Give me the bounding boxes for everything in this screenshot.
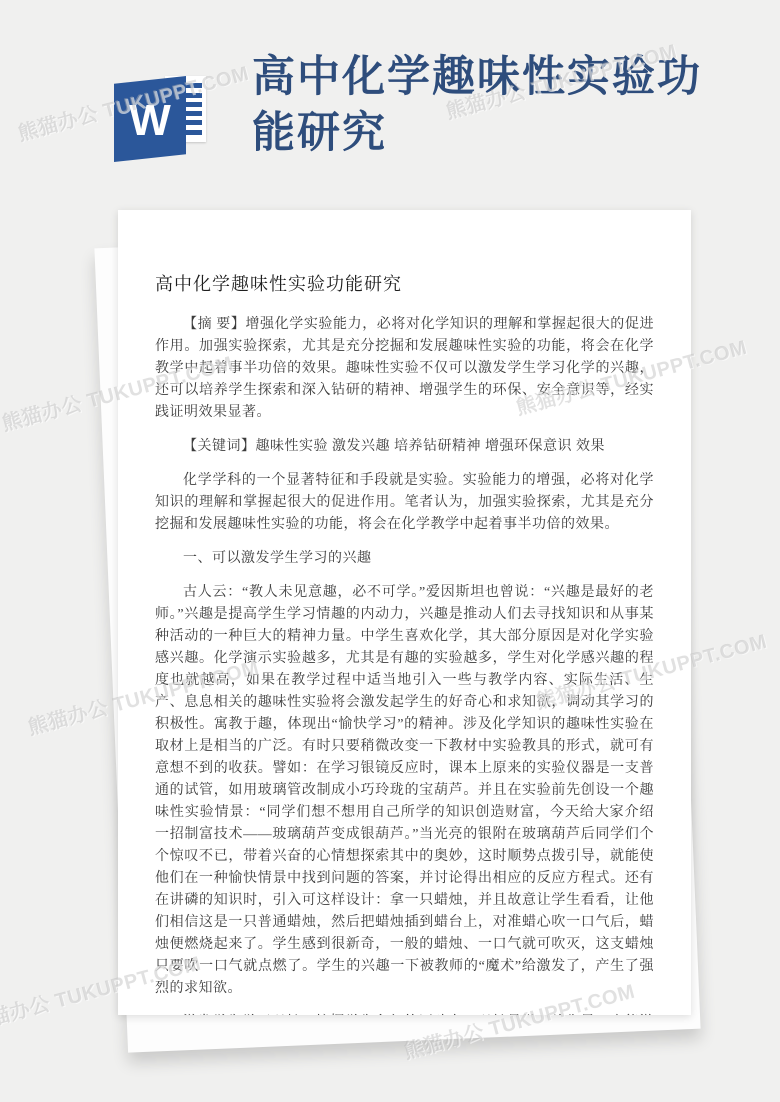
word-icon-letter: W [129, 99, 171, 143]
paragraph-abstract: 【摘 要】增强化学实验能力，必将对化学知识的理解和掌握起很大的促进作用。加强实验… [155, 314, 654, 424]
word-icon-panel: W [114, 76, 186, 162]
document-page: 高中化学趣味性实验功能研究 【摘 要】增强化学实验能力，必将对化学知识的理解和掌… [118, 210, 691, 1015]
document-title: 高中化学趣味性实验功能研究 [155, 270, 654, 296]
paragraph-keywords: 【关键词】趣味性实验 激发兴趣 培养钻研精神 增强环保意识 效果 [155, 436, 654, 458]
document-body: 【摘 要】增强化学实验能力，必将对化学知识的理解和掌握起很大的促进作用。加强实验… [155, 314, 654, 1015]
paragraph-body: 古人云：“教人未见意趣，必不可学。”爱因斯坦也曾说：“兴趣是最好的老师。”兴趣是… [155, 582, 654, 1000]
preview-header: W 高中化学趣味性实验功能研究 [0, 0, 780, 200]
paragraph-body: 激发学生学习兴趣，挖掘学生参与的原动力，兴趣是学习的先导，它能激发积极而持久的学… [155, 1012, 654, 1015]
page-title: 高中化学趣味性实验功能研究 [252, 50, 710, 162]
word-icon: W [106, 58, 208, 162]
paragraph-body: 化学学科的一个显著特征和手段就是实验。实验能力的增强，必将对化学知识的理解和掌握… [155, 470, 654, 536]
paragraph-heading: 一、可以激发学生学习的兴趣 [155, 548, 654, 570]
